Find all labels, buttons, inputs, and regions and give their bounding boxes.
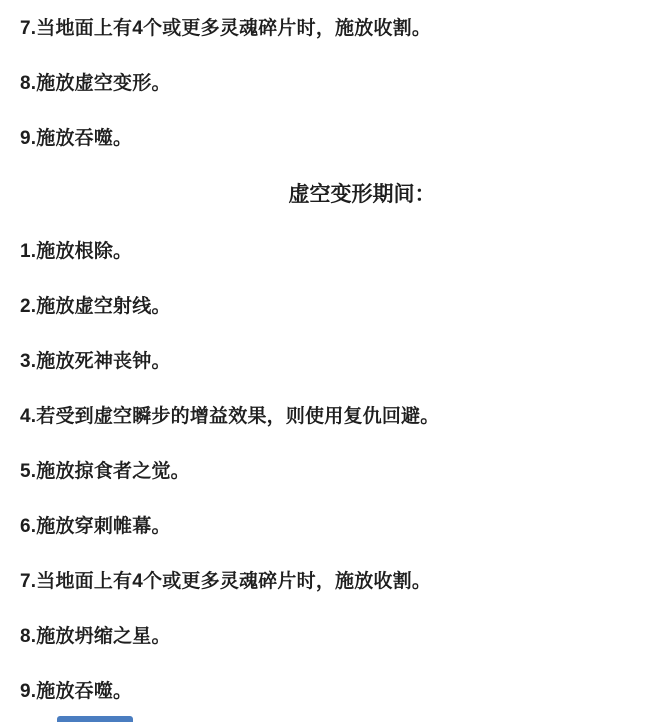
cutoff-blue-element[interactable] <box>57 716 133 722</box>
priority-step: 9.施放吞噬。 <box>20 680 630 704</box>
priority-step: 5.施放掠食者之觉。 <box>20 460 630 484</box>
priority-step: 6.施放穿刺帷幕。 <box>20 515 630 539</box>
guide-article: 7.当地面上有4个或更多灵魂碎片时，施放收割。 8.施放虚空变形。 9.施放吞噬… <box>0 0 650 704</box>
priority-step: 2.施放虚空射线。 <box>20 295 630 319</box>
priority-step: 8.施放坍缩之星。 <box>20 625 630 649</box>
priority-step: 9.施放吞噬。 <box>20 127 630 151</box>
priority-step: 3.施放死神丧钟。 <box>20 350 630 374</box>
priority-step: 7.当地面上有4个或更多灵魂碎片时，施放收割。 <box>20 17 630 41</box>
priority-step: 1.施放根除。 <box>20 240 630 264</box>
priority-step: 8.施放虚空变形。 <box>20 72 630 96</box>
priority-step: 7.当地面上有4个或更多灵魂碎片时，施放收割。 <box>20 570 630 594</box>
priority-step: 4.若受到虚空瞬步的增益效果，则使用复仇回避。 <box>20 405 630 429</box>
void-form-section-heading: 虚空变形期间： <box>20 182 630 208</box>
